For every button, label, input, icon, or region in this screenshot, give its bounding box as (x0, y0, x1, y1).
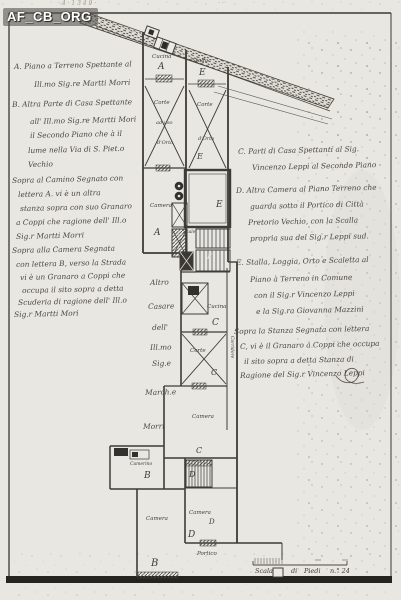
margin-word: Altro (150, 278, 169, 287)
watermark-label: AF_CB_ORG (3, 8, 98, 26)
room-letter-a: A (154, 228, 161, 238)
room-label-scale: Scale (183, 230, 195, 235)
room-letter-e: E (199, 68, 206, 78)
room-label-camera-d: Camera (189, 510, 211, 516)
scale-word: Scala (255, 567, 273, 575)
room-letter-e: E (207, 253, 212, 261)
legend-line: lettera A. vi è un altra (18, 188, 101, 199)
room-label-cucina-c: Cucina (207, 304, 226, 310)
margin-word: Ill.mo (150, 343, 172, 352)
room-letter-a: A (158, 62, 165, 72)
room-letter-c: C (196, 446, 202, 455)
legend-line: Sig.r Martti Mori (14, 309, 79, 319)
room-label-corte-right: d'Orto (198, 136, 214, 142)
room-letter-c: C (211, 368, 217, 377)
margin-word: dell' (152, 323, 168, 332)
room-label-corte-left: Corte (154, 100, 170, 106)
room-letter-d: D (188, 530, 195, 540)
room-label-camera-a: Camera (150, 203, 172, 209)
margin-word: Casare (148, 301, 174, 311)
room-label-corte-left: ad uso (156, 120, 173, 126)
room-label-stalla: Stalla (192, 58, 208, 64)
room-label-camera-b: Camera (146, 516, 168, 522)
scale-word: di (291, 567, 297, 575)
margin-note: · · (218, 0, 224, 7)
margin-note: · 4 · 1 3 4 9 · (58, 0, 96, 7)
room-label-corte-left: d'Orto (157, 140, 173, 146)
room-letter-b: B (151, 558, 158, 569)
room-label-camera-c: Camera (192, 414, 214, 420)
scale-word: n.° 24 (330, 567, 350, 575)
legend-line: Vechio (28, 159, 53, 169)
room-label-corte-right: Corte (197, 102, 213, 108)
scale-word: Piedi (304, 567, 321, 575)
margin-word: Sig.e (152, 359, 171, 368)
margin-word: Morri (143, 422, 165, 431)
room-label-portico: Portico (197, 551, 217, 557)
room-label-corridore: Corridore (229, 336, 234, 398)
room-label-cucina-a: Cucina (152, 54, 171, 60)
room-letter-e: E (197, 152, 203, 161)
room-label-camerino: Camerino (130, 462, 152, 467)
room-letter-d: D (189, 470, 195, 479)
room-letter-e: E (216, 200, 223, 210)
room-letter-b: B (144, 471, 151, 481)
scanned-plan-sheet: AF_CB_ORG · 4 · 1 3 4 9 · · · A. Piano a… (0, 0, 401, 600)
room-letter-d: D (209, 518, 215, 526)
legend-line: Sig.r Martti Morri (16, 230, 84, 241)
margin-word: March.e (145, 387, 176, 397)
room-label-corte-c: Corte (190, 348, 206, 354)
room-letter-c: C (212, 318, 219, 328)
